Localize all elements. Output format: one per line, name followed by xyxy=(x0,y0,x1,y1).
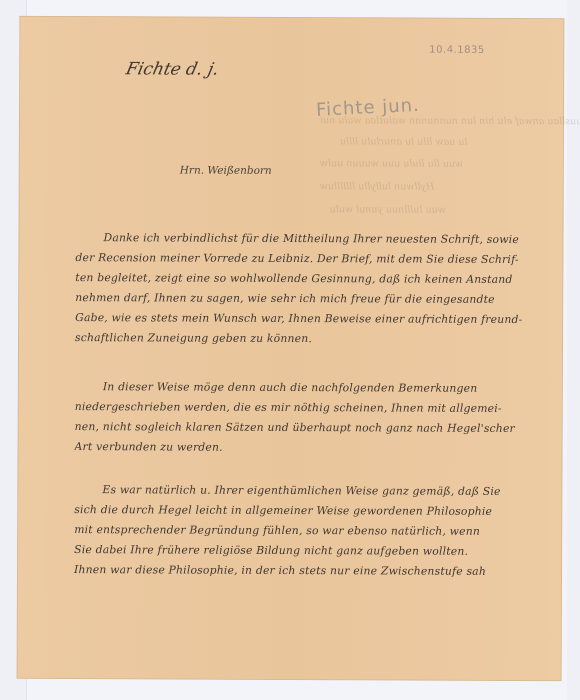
bleed-through-text: Hyllwun lullyllu llllllluw xyxy=(320,181,435,192)
bleed-through-text: wuu lulllnuu yunul wulu xyxy=(330,204,446,216)
text-line: Sie dabei Ihre frühere religiöse Bildung… xyxy=(74,540,564,562)
paragraph-3: Es war natürlich u. Ihrer eigenthümliche… xyxy=(74,480,564,582)
text-line: ten begleitet, zeigt eine so wohlwollend… xyxy=(75,268,565,290)
letter-page: wuusllau anwaf elu hin lun nunnunnn walu… xyxy=(18,17,564,680)
text-line: schaftlichen Zuneigung geben zu können. xyxy=(75,328,565,350)
text-line: Gabe, wie es stets mein Wunsch war, Ihne… xyxy=(75,308,565,330)
archive-date-stamp: 10.4.1835 xyxy=(429,45,484,56)
text-line: mit entsprechender Begründung fühlen, so… xyxy=(74,520,564,542)
text-line: Ihnen war diese Philosophie, in der ich … xyxy=(74,560,564,582)
paragraph-1: Danke ich verbindlichst für die Mittheil… xyxy=(75,228,566,350)
text-line: sich die durch Hegel leicht in allgemein… xyxy=(74,500,564,522)
text-line: In dieser Weise möge denn auch die nachf… xyxy=(75,377,565,399)
text-line: Danke ich verbindlichst für die Mittheil… xyxy=(75,228,565,250)
salutation: Hrn. Weißenborn xyxy=(180,165,272,177)
paragraph-2: In dieser Weise möge denn auch die nachf… xyxy=(75,377,565,459)
text-line: niedergeschrieben werden, die es mir nöt… xyxy=(75,397,565,419)
text-line: Art verbunden zu werden. xyxy=(75,437,565,459)
text-line: nehmen darf, Ihnen zu sagen, wie sehr ic… xyxy=(75,288,565,310)
text-line: Es war natürlich u. Ihrer eigenthümliche… xyxy=(74,480,564,502)
bleed-through-text: wuu llu llulu uuu wuuun uulw xyxy=(320,158,463,170)
bleed-through-text: lu uaw lilu lu anurlulu llllu xyxy=(340,136,468,148)
author-note: Fichte d. j. xyxy=(124,59,221,79)
text-line: nen, nicht sogleich klaren Sätzen und üb… xyxy=(75,417,565,439)
text-line: der Recension meiner Vorrede zu Leibniz.… xyxy=(75,248,565,270)
